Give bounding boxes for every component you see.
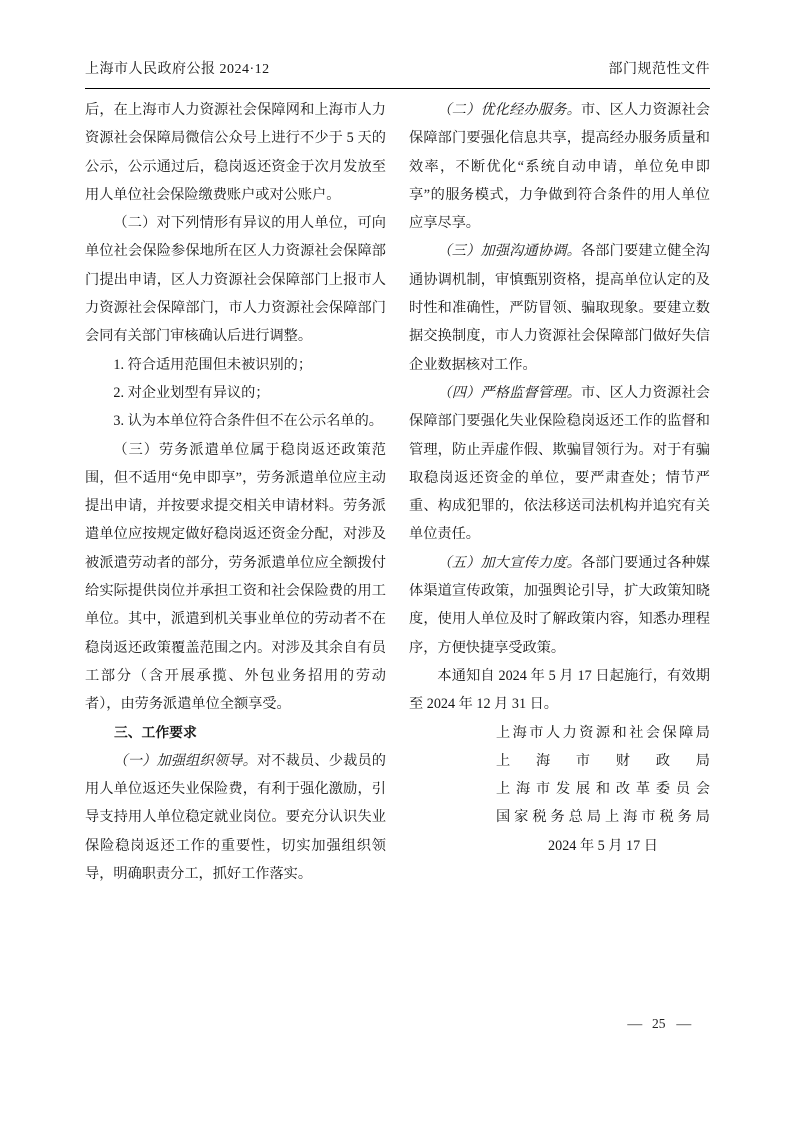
paragraph: （二）对下列情形有异议的用人单位，可向单位社会保险参保地所在区人力资源社会保障部… [85,209,386,350]
signature-line: 国家税务总局上海市税务局 [496,803,710,831]
signature-line: 上海市人力资源和社会保障局 [496,719,710,747]
page-header: 上海市人民政府公报 2024·12 部门规范性文件 [85,58,710,78]
section-label: 部门规范性文件 [609,58,711,78]
paragraph-lead: （五）加大宣传力度。 [437,555,581,571]
paragraph-text: 上海市财政局 [496,753,710,769]
paragraph: 后，在上海市人力资源社会保障网和上海市人力资源社会保障局微信公众号上进行不少于 … [85,96,386,209]
header-divider [85,88,710,89]
paragraph-text: 各部门要建立健全沟通协调机制，审慎甄别资格，提高单位认定的及时性和准确性，严防冒… [409,243,710,372]
date-line: 2024 年 5 月 17 日 [496,832,710,860]
paragraph-text: 国家税务总局上海市税务局 [496,809,710,825]
paragraph: （三）加强沟通协调。各部门要建立健全沟通协调机制，审慎甄别资格，提高单位认定的及… [409,237,710,378]
paragraph-lead: （一）加强组织领导。 [113,753,257,769]
signature-line: 上海市财政局 [496,747,710,775]
paragraph-text: 本通知自 2024 年 5 月 17 日起施行，有效期至 2024 年 12 月… [409,668,710,712]
paragraph-text: 市、区人力资源社会保障部门要强化信息共享，提高经办服务质量和效率，不断优化“系统… [409,102,710,231]
paragraph-lead: （二）优化经办服务。 [437,102,581,118]
column-right: （二）优化经办服务。市、区人力资源社会保障部门要强化信息共享，提高经办服务质量和… [409,96,710,888]
page-footer: — 25 — [628,1016,691,1032]
paragraph-text: （三）劳务派遣单位属于稳岗返还政策范围，但不适用“免申即享”，劳务派遣单位应主动… [85,442,386,713]
page-number: 25 [652,1016,666,1032]
document-body: 后，在上海市人力资源社会保障网和上海市人力资源社会保障局微信公众号上进行不少于 … [85,96,710,888]
paragraph-lead: （四）严格监督管理。 [437,385,581,401]
paragraph-text: 市、区人力资源社会保障部门要强化失业保险稳岗返还工作的监督和管理，防止弄虚作假、… [409,385,710,542]
paragraph: （二）优化经办服务。市、区人力资源社会保障部门要强化信息共享，提高经办服务质量和… [409,96,710,237]
gazette-page: 上海市人民政府公报 2024·12 部门规范性文件 后，在上海市人力资源社会保障… [0,0,793,1122]
footer-dash: — [676,1016,691,1032]
paragraph-text: 上海市人力资源和社会保障局 [496,725,710,741]
column-left: 后，在上海市人力资源社会保障网和上海市人力资源社会保障局微信公众号上进行不少于 … [85,96,386,888]
signature-line: 上海市发展和改革委员会 [496,775,710,803]
paragraph: 3. 认为本单位符合条件但不在公示名单的。 [85,407,386,435]
paragraph-text: 后，在上海市人力资源社会保障网和上海市人力资源社会保障局微信公众号上进行不少于 … [85,102,386,203]
paragraph-text: 三、工作要求 [114,725,197,740]
gazette-title: 上海市人民政府公报 2024·12 [85,58,270,78]
paragraph-text: 上海市发展和改革委员会 [496,781,710,797]
paragraph: （一）加强组织领导。对不裁员、少裁员的用人单位返还失业保险费，有利于强化激励，引… [85,747,386,888]
paragraph-text: 3. 认为本单位符合条件但不在公示名单的。 [113,413,383,429]
paragraph-lead: （三）加强沟通协调。 [437,243,581,259]
paragraph: （四）严格监督管理。市、区人力资源社会保障部门要强化失业保险稳岗返还工作的监督和… [409,379,710,549]
paragraph: 1. 符合适用范围但未被识别的； [85,351,386,379]
paragraph-text: 2. 对企业划型有异议的； [113,385,269,401]
paragraph: （五）加大宣传力度。各部门要通过各种媒体渠道宣传政策，加强舆论引导，扩大政策知晓… [409,549,710,662]
paragraph: 2. 对企业划型有异议的； [85,379,386,407]
paragraph: 本通知自 2024 年 5 月 17 日起施行，有效期至 2024 年 12 月… [409,662,710,719]
paragraph-text: 对不裁员、少裁员的用人单位返还失业保险费，有利于强化激励，引导支持用人单位稳定就… [85,753,386,882]
section-heading: 三、工作要求 [85,719,386,747]
paragraph: （三）劳务派遣单位属于稳岗返还政策范围，但不适用“免申即享”，劳务派遣单位应主动… [85,436,386,719]
paragraph-text: 1. 符合适用范围但未被识别的； [113,357,312,373]
paragraph-text: 2024 年 5 月 17 日 [548,838,658,854]
paragraph-text: （二）对下列情形有异议的用人单位，可向单位社会保险参保地所在区人力资源社会保障部… [85,215,386,344]
footer-dash: — [627,1016,642,1032]
